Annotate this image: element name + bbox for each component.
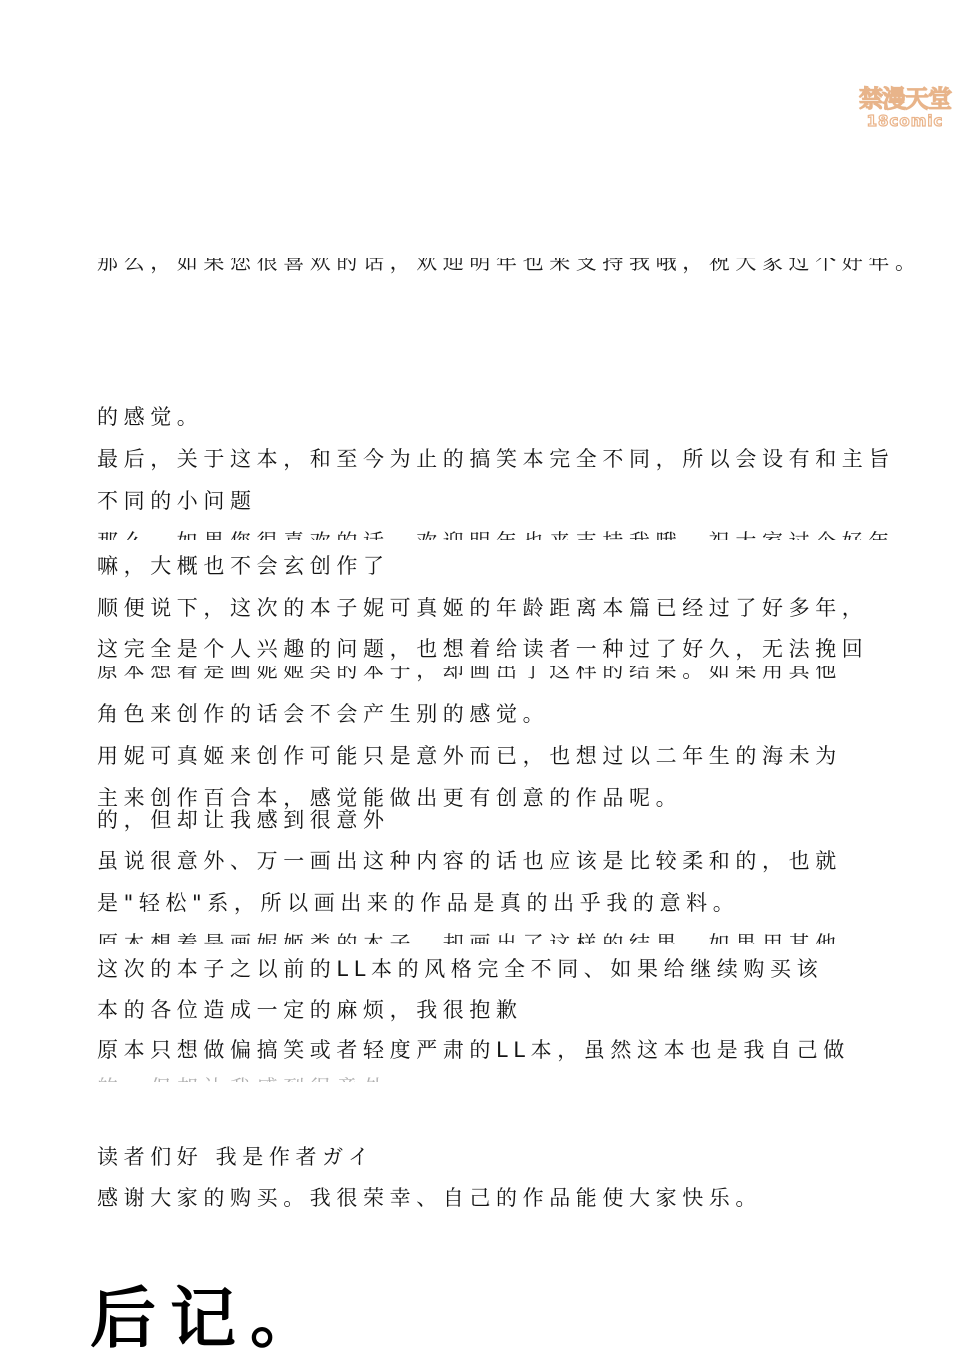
text-line: 这次的本子之以前的LL本的风格完全不同、如果给继续购买该 xyxy=(97,955,823,983)
text-line: 虽说很意外、万一画出这种内容的话也应该是比较柔和的，也就 xyxy=(97,847,842,875)
text-line-clipped: 的，但却让我感到很意外 xyxy=(97,1076,390,1082)
text-line-clipped: 原本想着是画妮姬类的本子，却画出了这样的结果。如果用其他 xyxy=(97,930,842,944)
text-line-clipped: 那么，如果您很喜欢的话，欢迎明年也来支持我哦，祝大家过个好年 xyxy=(97,528,895,540)
text-line: 最后，关于这本，和至今为止的搞笑本完全不同，所以会设有和主旨 xyxy=(97,445,895,473)
text-line: 是"轻松"系，所以画出来的作品是真的出乎我的意料。 xyxy=(97,889,739,917)
watermark-site-name: 18comic xyxy=(850,112,960,130)
text-line: 用妮可真姬来创作可能只是意外而已，也想过以二年生的海未为 xyxy=(97,742,842,770)
text-line: 顺便说下，这次的本子妮可真姬的年龄距离本篇已经过了好多年， xyxy=(97,594,868,622)
page-title: 后记。 xyxy=(90,1282,330,1354)
text-line-clipped: 原本想着是画妮姬类的本子，却画出了这样的结果。如果用其他 xyxy=(97,666,842,684)
text-line: 嘛，大概也不会玄创作了 xyxy=(97,552,390,580)
text-line-clipped: 那么，如果您很喜欢的话，欢迎明年也来支持我哦，祝大家过个好年。 xyxy=(97,258,922,278)
site-watermark: 禁漫天堂 18comic xyxy=(850,86,960,130)
text-line: 不同的小问题 xyxy=(97,487,257,515)
text-line: 感谢大家的购买。我很荣幸、自己的作品能使大家快乐。 xyxy=(97,1184,762,1212)
text-line: 的感觉。 xyxy=(97,403,203,431)
text-line: 原本只想做偏搞笑或者轻度严肃的LL本，虽然这本也是我自己做 xyxy=(97,1036,850,1064)
text-line: 的，但却让我感到很意外 xyxy=(97,806,390,834)
text-line: 角色来创作的话会不会产生别的感觉。 xyxy=(97,700,549,728)
watermark-logo-text: 禁漫天堂 xyxy=(850,86,960,112)
text-line: 这完全是个人兴趣的问题，也想着给读者一种过了好久，无法挽回 xyxy=(97,635,868,663)
text-line: 读者们好 我是作者ガイ xyxy=(97,1143,375,1171)
text-line: 本的各位造成一定的麻烦，我很抱歉 xyxy=(97,996,523,1024)
